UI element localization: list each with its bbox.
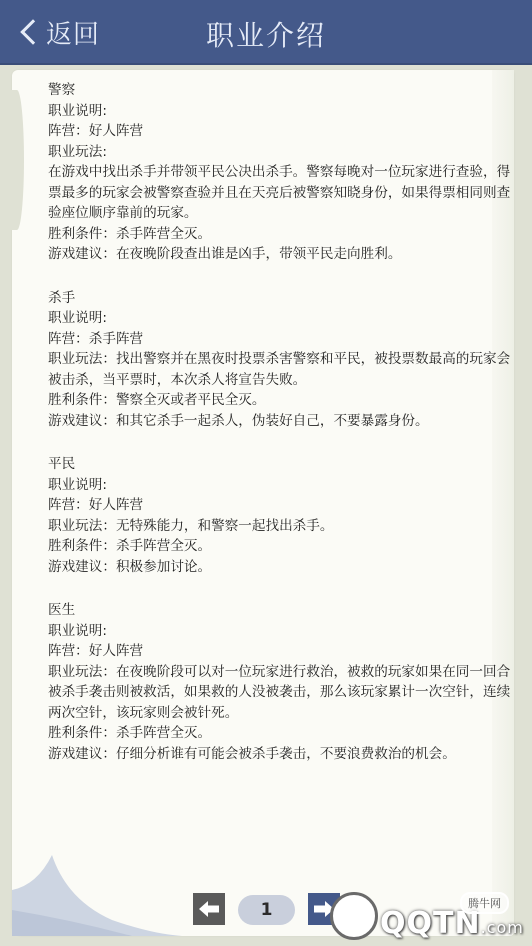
role-desc-label: 职业说明: [48,621,518,642]
prev-page-button[interactable] [193,893,225,925]
watermark-badge: 腾牛网 [460,892,509,914]
role-tip: 游戏建议：在夜晚阶段查出谁是凶手，带领平民走向胜利。 [48,244,518,265]
role-play: 职业玩法：无特殊能力，和警察一起找出杀手。 [48,516,518,537]
role-camp: 阵营：好人阵营 [48,641,518,662]
role-play: 在游戏中找出杀手并带领平民公决出杀手。警察每晚对一位玩家进行查验，得票最多的玩家… [48,162,518,224]
role-section-doctor: 医生 职业说明: 阵营：好人阵营 职业玩法：在夜晚阶段可以对一位玩家进行救治，被… [48,600,518,764]
role-section-killer: 杀手 职业说明: 阵营：杀手阵营 职业玩法：找出警察并在黑夜时投票杀害警察和平民… [48,288,518,432]
role-win: 胜利条件：杀手阵营全灭。 [48,536,518,557]
role-name: 医生 [48,600,518,621]
role-tip: 游戏建议：仔细分析谁有可能会被杀手袭击，不要浪费救治的机会。 [48,744,518,765]
role-win: 胜利条件：杀手阵营全灭。 [48,224,518,245]
role-tip: 游戏建议：积极参加讨论。 [48,557,518,578]
paper-torn-edge [10,90,24,230]
arrow-left-icon [197,899,221,919]
role-section-civilian: 平民 职业说明: 阵营：好人阵营 职业玩法：无特殊能力，和警察一起找出杀手。 胜… [48,454,518,577]
role-camp: 阵营：好人阵营 [48,121,518,142]
site-watermark: QQTN.com 腾牛网 [330,888,530,944]
role-win: 胜利条件：杀手阵营全灭。 [48,723,518,744]
watermark-suffix: .com [481,918,524,937]
page-title: 职业介绍 [0,14,532,54]
role-play: 职业玩法：找出警察并在黑夜时投票杀害警察和平民，被投票数最高的玩家会被击杀，当平… [48,349,518,390]
role-camp: 阵营：好人阵营 [48,495,518,516]
role-play-label: 职业玩法: [48,142,518,163]
role-name: 警察 [48,80,518,101]
top-nav-bar: 返回 职业介绍 [0,0,532,65]
role-win: 胜利条件：警察全灭或者平民全灭。 [48,390,518,411]
page-number: 1 [238,895,295,925]
role-desc-label: 职业说明: [48,475,518,496]
role-name: 平民 [48,454,518,475]
role-desc-label: 职业说明: [48,308,518,329]
role-play: 职业玩法：在夜晚阶段可以对一位玩家进行救治，被救的玩家如果在同一回合被杀手袭击则… [48,662,518,724]
role-name: 杀手 [48,288,518,309]
role-section-police: 警察 职业说明: 阵营：好人阵营 职业玩法: 在游戏中找出杀手并带领平民公决出杀… [48,80,518,265]
role-tip: 游戏建议：和其它杀手一起杀人，伪装好自己，不要暴露身份。 [48,411,518,432]
role-camp: 阵营：杀手阵营 [48,329,518,350]
role-desc-label: 职业说明: [48,101,518,122]
role-description-scroll[interactable]: 警察 职业说明: 阵营：好人阵营 职业玩法: 在游戏中找出杀手并带领平民公决出杀… [48,80,518,787]
watermark-logo-icon [330,892,378,940]
